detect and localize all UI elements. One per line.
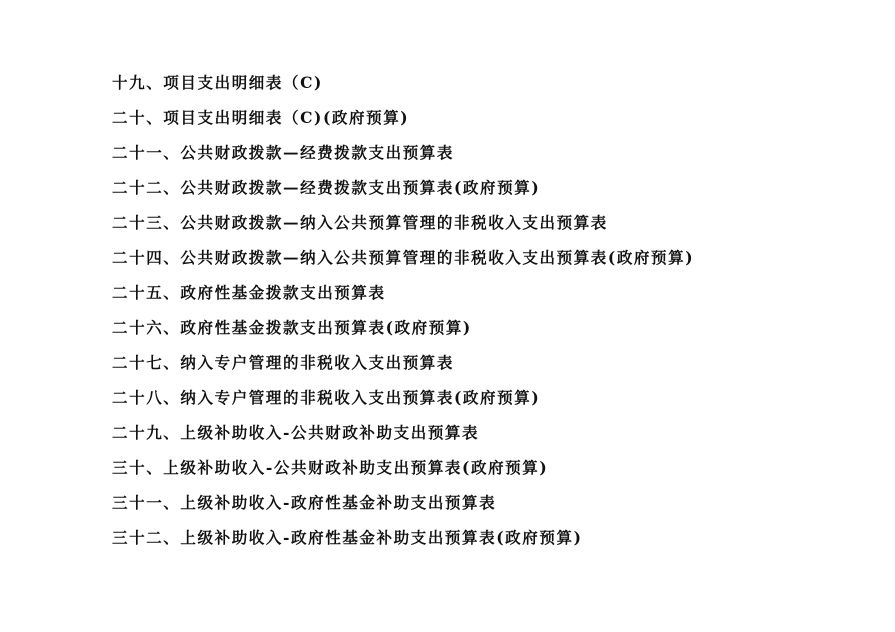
list-item: 二十五、政府性基金拨款支出预算表 (112, 282, 694, 317)
list-item: 二十八、纳入专户管理的非税收入支出预算表(政府预算) (112, 387, 694, 422)
list-item: 二十七、纳入专户管理的非税收入支出预算表 (112, 352, 694, 387)
list-item: 二十四、公共财政拨款—纳入公共预算管理的非税收入支出预算表(政府预算) (112, 247, 694, 282)
list-item: 二十二、公共财政拨款—经费拨款支出预算表(政府预算) (112, 177, 694, 212)
document-page: 十九、项目支出明细表（C) 二十、项目支出明细表（C)(政府预算) 二十一、公共… (0, 0, 895, 632)
list-item: 三十、上级补助收入-公共财政补助支出预算表(政府预算) (112, 457, 694, 492)
list-item: 二十、项目支出明细表（C)(政府预算) (112, 107, 694, 142)
table-list: 十九、项目支出明细表（C) 二十、项目支出明细表（C)(政府预算) 二十一、公共… (112, 72, 694, 562)
list-item: 二十六、政府性基金拨款支出预算表(政府预算) (112, 317, 694, 352)
list-item: 二十九、上级补助收入-公共财政补助支出预算表 (112, 422, 694, 457)
list-item: 三十一、上级补助收入-政府性基金补助支出预算表 (112, 492, 694, 527)
list-item: 三十二、上级补助收入-政府性基金补助支出预算表(政府预算) (112, 527, 694, 562)
list-item: 二十一、公共财政拨款—经费拨款支出预算表 (112, 142, 694, 177)
list-item: 十九、项目支出明细表（C) (112, 72, 694, 107)
list-item: 二十三、公共财政拨款—纳入公共预算管理的非税收入支出预算表 (112, 212, 694, 247)
